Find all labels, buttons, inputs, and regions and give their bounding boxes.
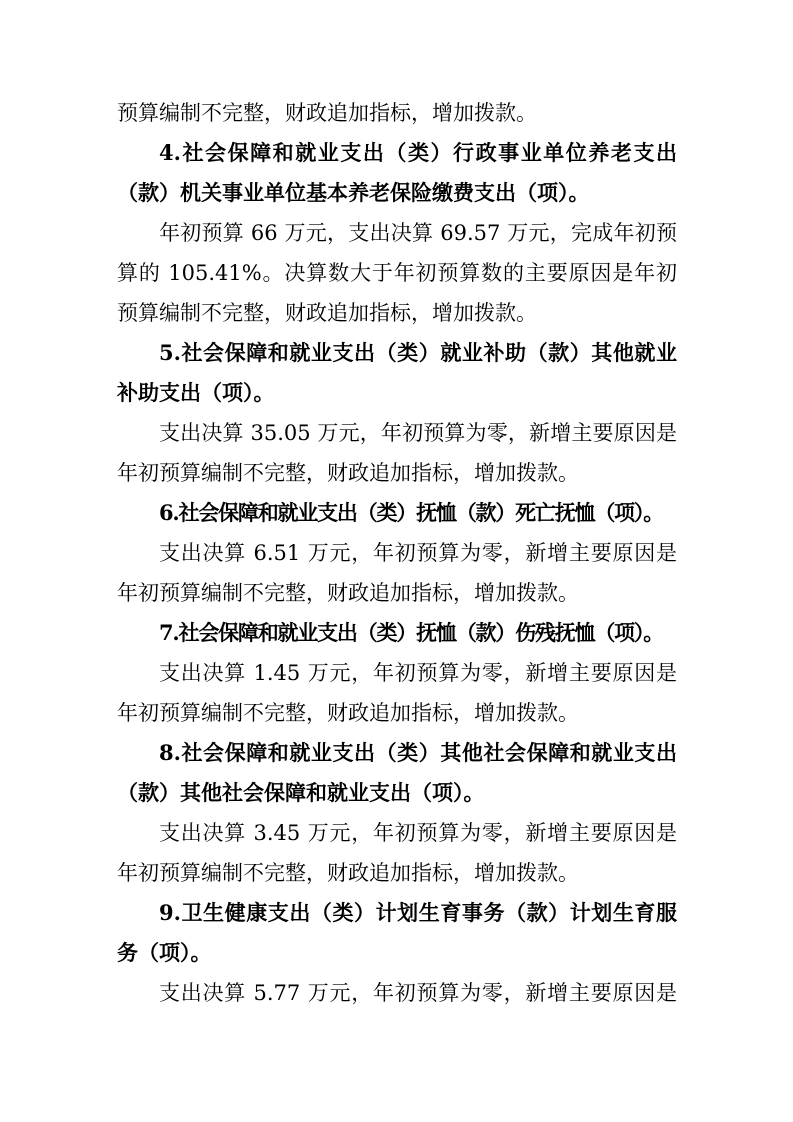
section-heading-4: 4.社会保障和就业支出（类）行政事业单位养老支出（款）机关事业单位基本养老保险缴… (117, 133, 677, 213)
section-heading-6: 6.社会保障和就业支出（类）抚恤（款）死亡抚恤（项）。 (117, 493, 677, 533)
paragraph-item-7: 支出决算 1.45 万元，年初预算为零，新增主要原因是年初预算编制不完整，财政追… (117, 653, 677, 733)
section-heading-5: 5.社会保障和就业支出（类）就业补助（款）其他就业补助支出（项）。 (117, 333, 677, 413)
paragraph-continuation: 预算编制不完整，财政追加指标，增加拨款。 (117, 93, 677, 133)
section-heading-7: 7.社会保障和就业支出（类）抚恤（款）伤残抚恤（项）。 (117, 613, 677, 653)
paragraph-item-8: 支出决算 3.45 万元，年初预算为零，新增主要原因是年初预算编制不完整，财政追… (117, 813, 677, 893)
document-body: 预算编制不完整，财政追加指标，增加拨款。 4.社会保障和就业支出（类）行政事业单… (117, 93, 677, 1013)
paragraph-item-4: 年初预算 66 万元，支出决算 69.57 万元，完成年初预算的 105.41%… (117, 213, 677, 333)
paragraph-item-6: 支出决算 6.51 万元，年初预算为零，新增主要原因是年初预算编制不完整，财政追… (117, 533, 677, 613)
paragraph-item-9-partial: 支出决算 5.77 万元，年初预算为零，新增主要原因是 (117, 973, 677, 1013)
paragraph-item-5: 支出决算 35.05 万元，年初预算为零，新增主要原因是年初预算编制不完整，财政… (117, 413, 677, 493)
section-heading-8: 8.社会保障和就业支出（类）其他社会保障和就业支出（款）其他社会保障和就业支出（… (117, 733, 677, 813)
document-page: 预算编制不完整，财政追加指标，增加拨款。 4.社会保障和就业支出（类）行政事业单… (0, 0, 793, 1122)
section-heading-9: 9.卫生健康支出（类）计划生育事务（款）计划生育服务（项）。 (117, 893, 677, 973)
